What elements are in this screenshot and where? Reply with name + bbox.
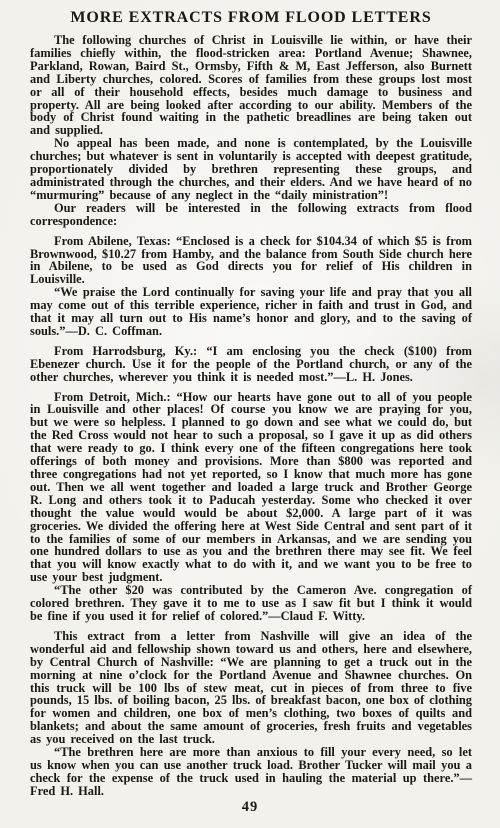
article-body: The following churches of Christ in Loui… [30,34,472,798]
paragraph: From Detroit, Mich.: “How our hearts hav… [30,391,472,585]
paragraph: From Abilene, Texas: “Enclosed is a chec… [30,235,472,287]
paragraph: “The brethren here are more than anxious… [30,746,472,798]
scanned-document-page: MORE EXTRACTS FROM FLOOD LETTERS The fol… [0,0,500,828]
paragraph: Our readers will be interested in the fo… [30,202,472,228]
paragraph: No appeal has been made, and none is con… [30,137,472,202]
page-number: 49 [0,799,500,816]
paragraph: “The other $20 was contributed by the Ca… [30,584,472,623]
paragraph: The following churches of Christ in Loui… [30,34,472,137]
paragraph: “We praise the Lord continually for savi… [30,286,472,338]
paragraph: This extract from a letter from Nashvill… [30,630,472,746]
page-title: MORE EXTRACTS FROM FLOOD LETTERS [30,9,472,27]
paragraph: From Harrodsburg, Ky.: “I am enclosing y… [30,345,472,384]
